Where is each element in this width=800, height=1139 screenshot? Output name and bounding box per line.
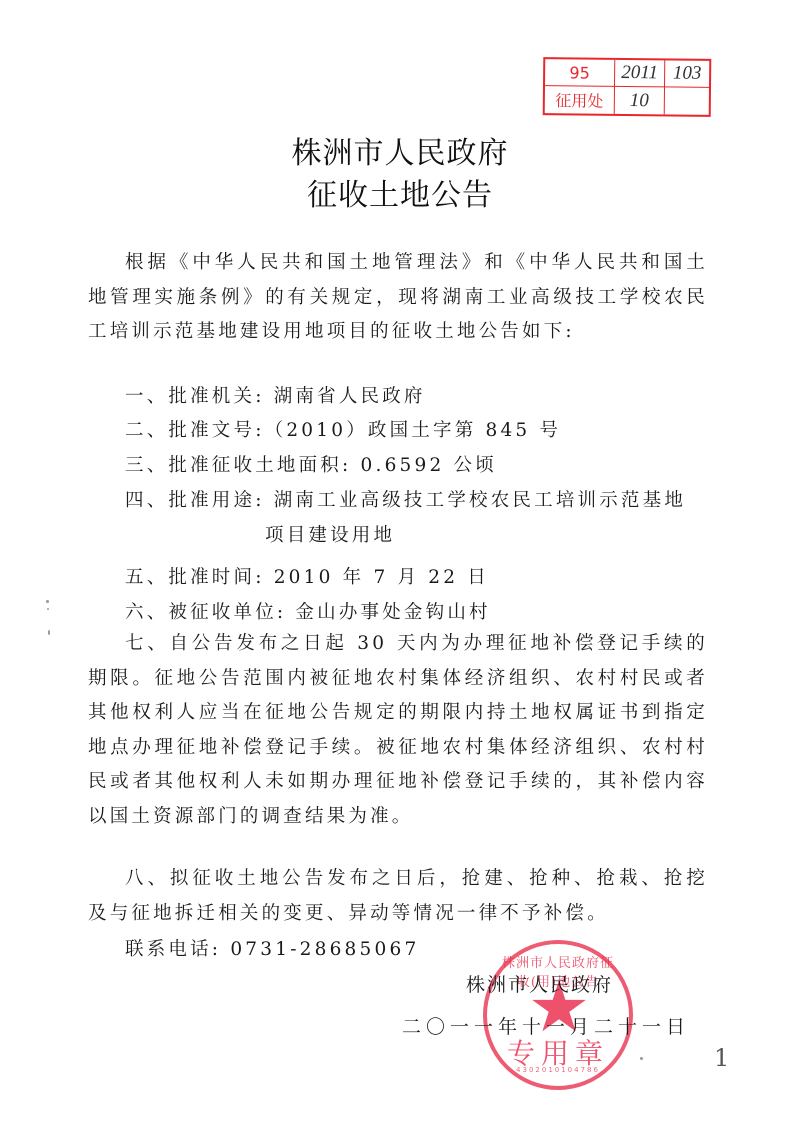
signature-organization: 株洲市人民政府 (466, 970, 613, 997)
scan-speck (47, 608, 49, 610)
seal-code: 4302010104786 (487, 1066, 629, 1074)
scan-speck (48, 630, 50, 635)
item-approved-use-continued: 项目建设用地 (265, 521, 395, 547)
stamp-number: 95 (545, 59, 615, 87)
stamp-department: 征用处 (545, 86, 615, 114)
item-registration-period: 七、自公告发布之日起 30 天内为办理征地补偿登记手续的期限。征地公告范围内被征… (88, 627, 708, 834)
item-approved-use: 四、批准用途: 湖南工业高级技工学校农民工培训示范基地 (125, 486, 686, 512)
stamp-count: 10 (615, 87, 665, 115)
stamp-serial: 103 (665, 60, 709, 87)
item-approval-authority: 一、批准机关: 湖南省人民政府 (125, 382, 426, 408)
document-title-issuer: 株洲市人民政府 (0, 128, 800, 172)
item-approved-area: 三、批准征收土地面积: 0.6592 公顷 (125, 451, 497, 477)
contact-phone: 联系电话: 0731-28685067 (125, 935, 419, 961)
page-number: 1 (714, 1044, 729, 1072)
scan-speck (46, 600, 49, 603)
document-title: 征收土地公告 (0, 170, 800, 214)
signature-date: 二〇一一年十一月二十一日 (402, 1012, 690, 1039)
item-approval-date: 五、批准时间: 2010 年 7 月 22 日 (125, 563, 489, 589)
item-no-compensation: 八、拟征收土地公告发布之日后，抢建、抢种、抢栽、抢挖及与征地拆迁相关的变更、异动… (88, 862, 708, 931)
receipt-stamp: 95 2011 103 征用处 10 (543, 57, 712, 117)
item-expropriated-unit: 六、被征收单位: 金山办事处金钩山村 (125, 598, 491, 624)
stamp-year: 2011 (615, 60, 665, 88)
item-approval-document-number: 二、批准文号:（2010）政国土字第 845 号 (125, 416, 561, 442)
scan-speck (640, 1057, 643, 1060)
stamp-empty-cell (665, 87, 709, 114)
intro-paragraph: 根据《中华人民共和国土地管理法》和《中华人民共和国土地管理实施条例》的有关规定，… (88, 246, 708, 350)
